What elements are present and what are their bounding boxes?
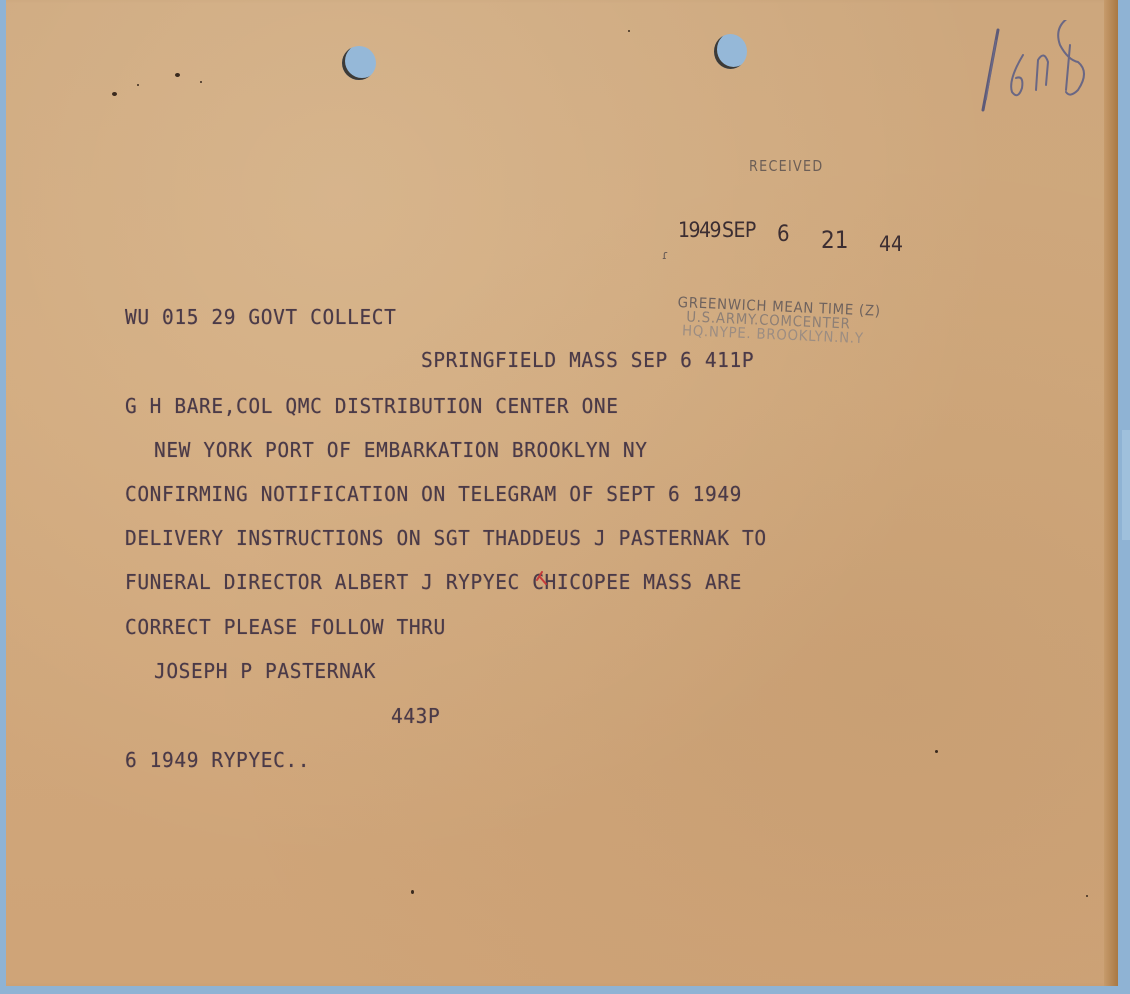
stamp-month: SEP <box>722 218 756 242</box>
paper-speck <box>935 750 938 753</box>
paper-speck <box>411 890 414 894</box>
stamp-day: 6 <box>777 222 790 247</box>
paper-speck <box>628 30 630 32</box>
telegram-page: RECEIVED 1949 SEP 6 21 44 ɾ GREENWICH ME… <box>6 0 1118 986</box>
stamp-hour: 21 <box>821 226 848 254</box>
telegram-origin: SPRINGFIELD MASS SEP 6 411P <box>421 348 754 372</box>
stamp-year: 1949 <box>678 218 720 242</box>
paper-speck <box>137 84 139 86</box>
telegram-correction-line: 6 1949 RYPYEC.. <box>125 748 310 772</box>
telegram-body-line: FUNERAL DIRECTOR ALBERT J RYPYEC CHICOPE… <box>125 570 742 594</box>
paper-speck <box>200 81 202 83</box>
paper-speck <box>1086 895 1088 897</box>
telegram-time-sent: 443P <box>391 704 440 728</box>
telegram-body-line: CORRECT PLEASE FOLLOW THRU <box>125 615 446 639</box>
punch-hole-right <box>714 34 747 69</box>
telegram-header: WU 015 29 GOVT COLLECT <box>125 305 396 329</box>
telegram-addressee: G H BARE,COL QMC DISTRIBUTION CENTER ONE <box>125 394 619 418</box>
stamp-tick-mark: ɾ <box>662 248 668 262</box>
paper-speck <box>175 73 180 77</box>
handwritten-file-number <box>978 20 1118 120</box>
received-stamp: RECEIVED <box>749 157 823 175</box>
telegram-body-line: CONFIRMING NOTIFICATION ON TELEGRAM OF S… <box>125 482 742 506</box>
paper-edge <box>1104 0 1118 986</box>
red-correction-mark <box>534 568 550 588</box>
comcenter-stamp: GREENWICH MEAN TIME (Z) U.S.ARMY.COMCENT… <box>676 296 881 347</box>
paper-speck <box>112 92 117 96</box>
telegram-signature: JOSEPH P PASTERNAK <box>154 659 376 683</box>
telegram-address: NEW YORK PORT OF EMBARKATION BROOKLYN NY <box>154 438 648 462</box>
stamp-minute: 44 <box>879 232 903 256</box>
background-edge <box>1122 430 1130 540</box>
telegram-body-line: DELIVERY INSTRUCTIONS ON SGT THADDEUS J … <box>125 526 767 550</box>
punch-hole-left <box>342 46 376 80</box>
